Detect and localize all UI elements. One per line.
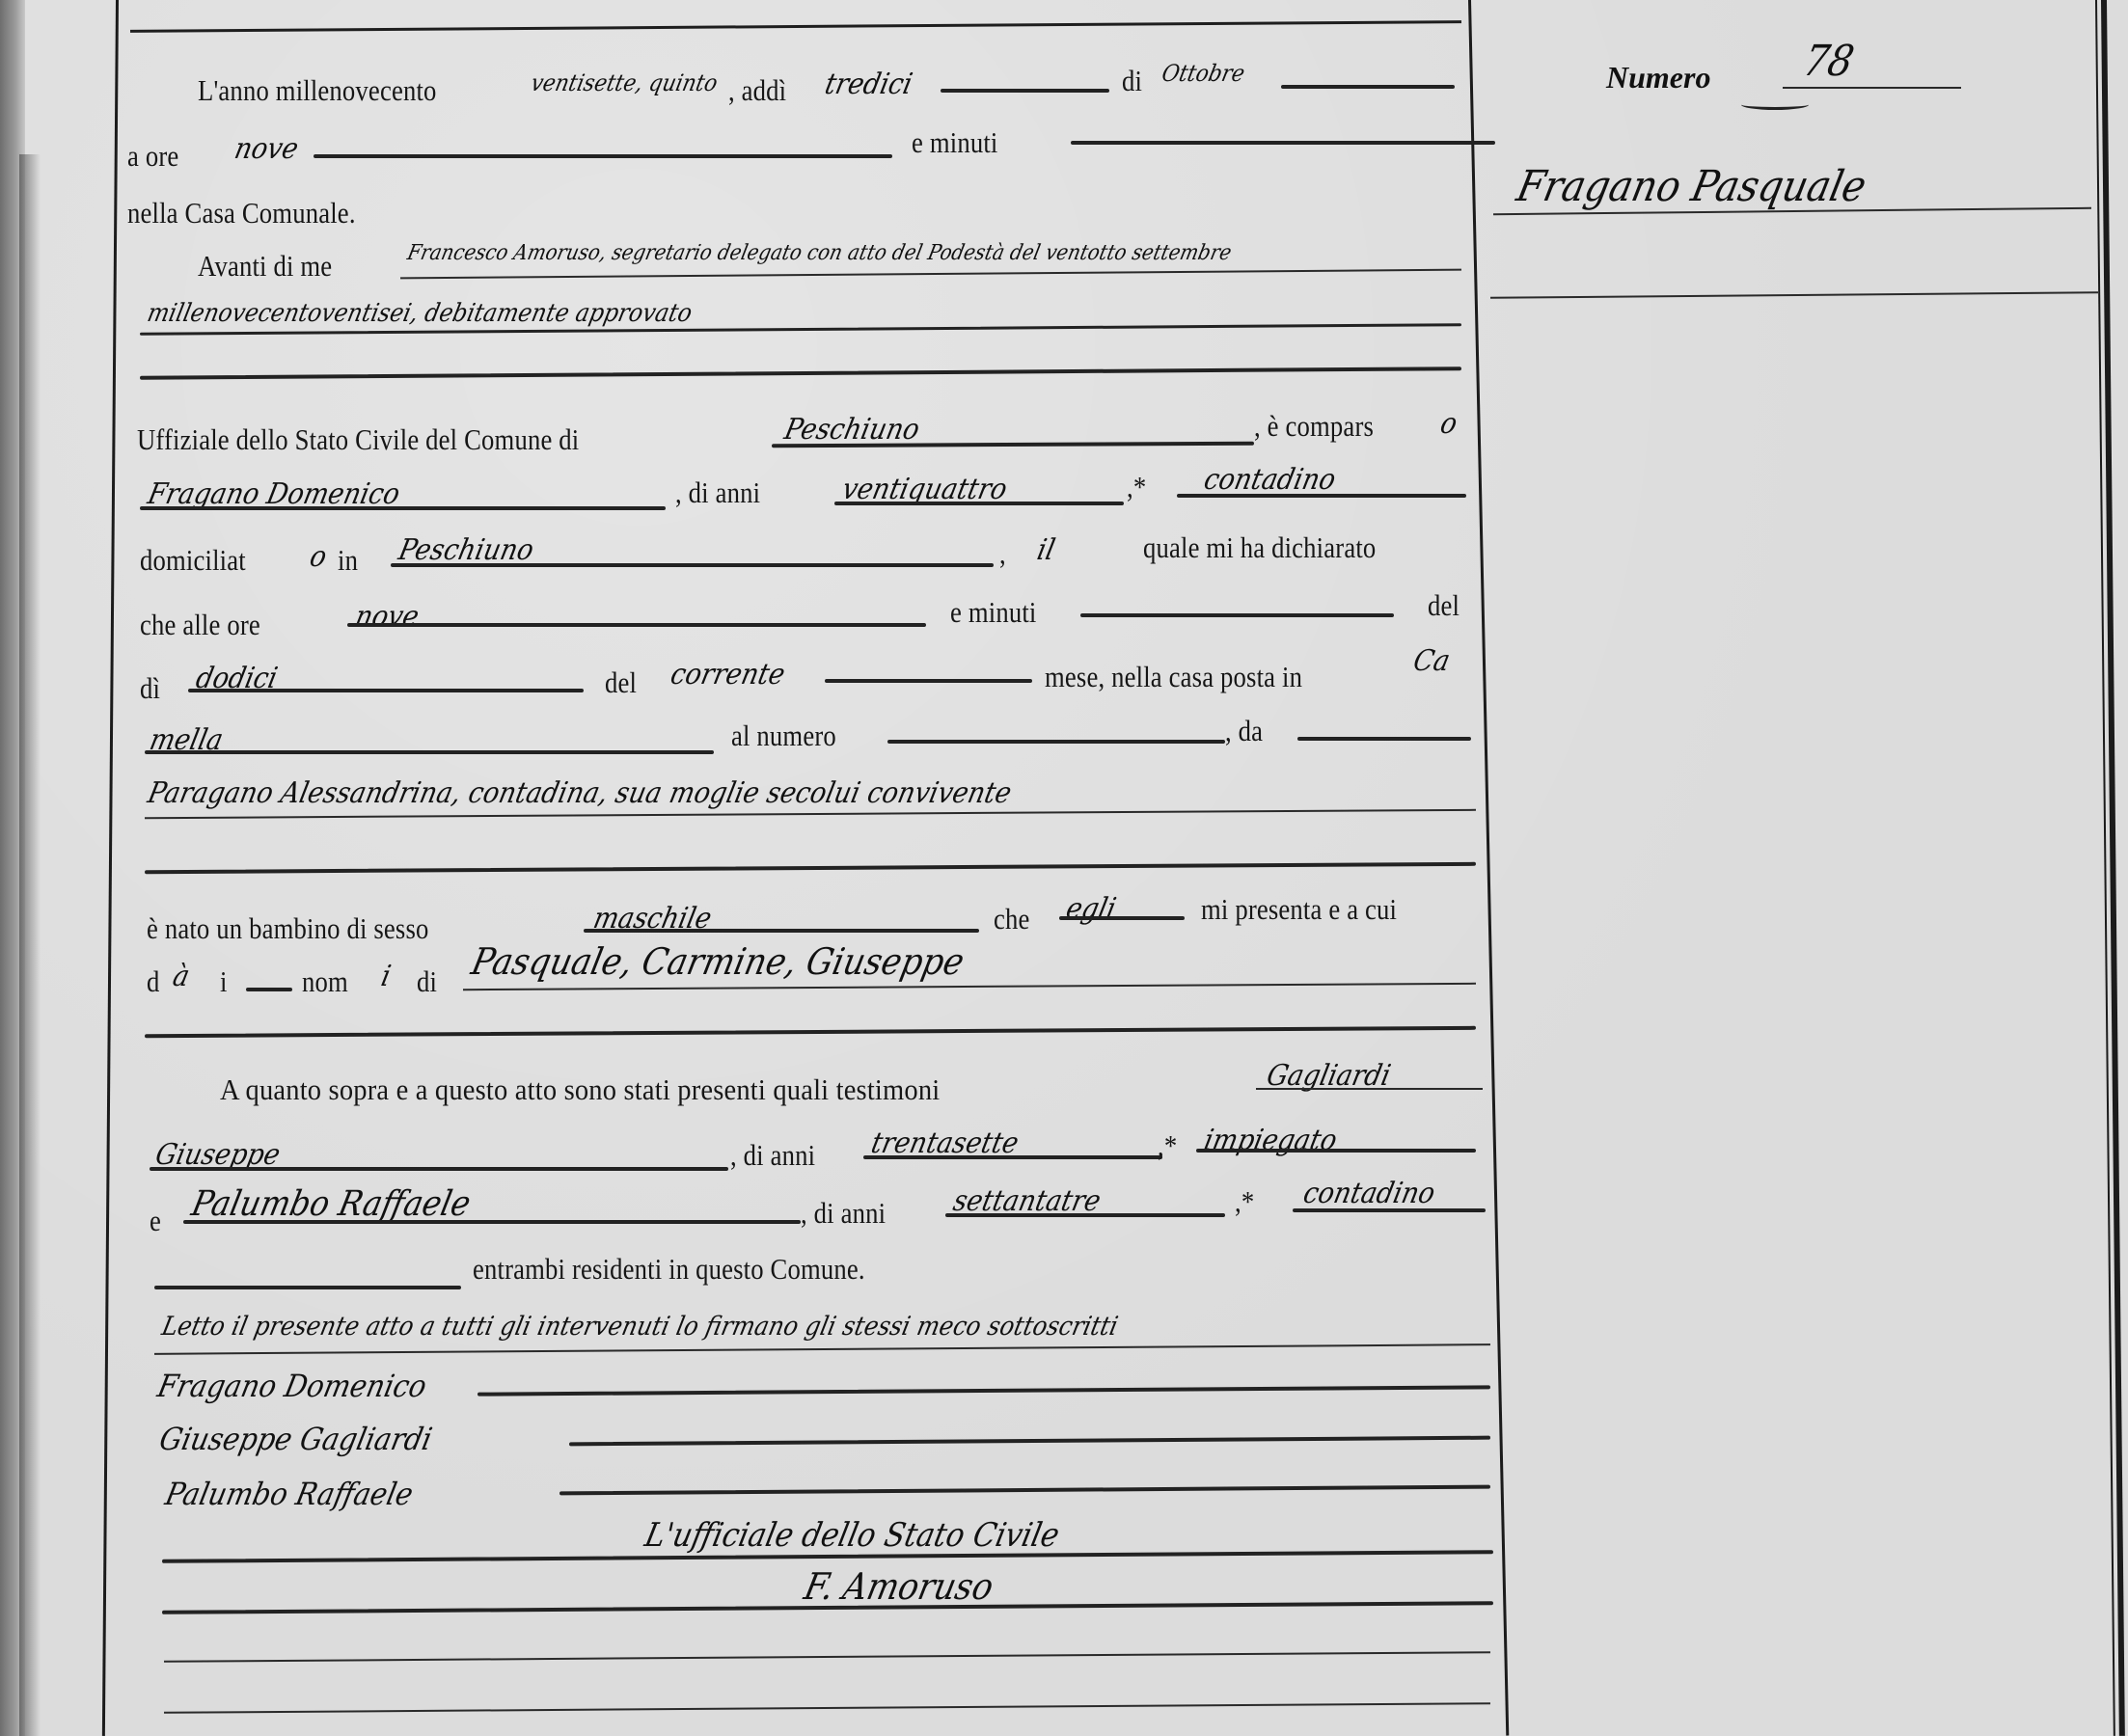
- rule-closing: [154, 1343, 1490, 1355]
- blank-job-2: [1196, 1149, 1476, 1153]
- text-e-nato: è nato un bambino di sesso: [147, 911, 429, 946]
- rule-bottom-1: [164, 1651, 1490, 1663]
- text-a-ore: a ore: [127, 139, 178, 174]
- text-e: e: [150, 1204, 161, 1238]
- signature-witness1: Giuseppe Gagliardi: [156, 1421, 435, 1457]
- field-officer-cont: millenovecentoventisei, debitamente appr…: [145, 299, 695, 328]
- text-asterisk-3: ,*: [1235, 1184, 1254, 1219]
- field-mother: Paragano Alessandrina, contadina, sua mo…: [145, 776, 1015, 810]
- field-residence: Peschiuno: [396, 533, 536, 567]
- blank-place: [145, 750, 714, 754]
- blank-residence: [391, 563, 994, 567]
- rule-child-names: [463, 983, 1476, 990]
- text-di-2: dì: [140, 671, 160, 706]
- column-divider: [1468, 0, 1509, 1736]
- blank-i: [246, 988, 292, 991]
- text-e-minuti-2: e minuti: [950, 595, 1036, 630]
- left-border: [102, 0, 119, 1736]
- blank-birth-day: [188, 689, 584, 692]
- text-che-alle-ore: che alle ore: [140, 608, 260, 642]
- blank-day: [941, 89, 1109, 93]
- text-domiciliat: domiciliat: [140, 543, 246, 578]
- text-al-numero: al numero: [731, 719, 836, 753]
- officer-title: L'ufficiale dello Stato Civile: [641, 1516, 1063, 1555]
- text-del: del: [1428, 588, 1460, 623]
- field-house-place: Ca: [1410, 644, 1453, 678]
- text-di: di: [1122, 64, 1142, 98]
- field-child-names: Pasquale, Carmine, Giuseppe: [468, 940, 968, 983]
- numero-value: 78: [1799, 37, 1858, 86]
- text-del-2: del: [605, 665, 637, 700]
- blank-age-3: [945, 1213, 1225, 1217]
- blank-residenti: [154, 1286, 461, 1289]
- rule-mother: [145, 809, 1476, 819]
- blank-witness1: [150, 1167, 728, 1171]
- field-year: ventisette, quinto: [529, 69, 720, 96]
- register-page: Numero 78 Fragano Pasquale L'anno millen…: [0, 0, 2128, 1736]
- blank-sex: [584, 929, 979, 933]
- field-birth-hour: nove: [352, 600, 422, 634]
- blank-birth-hour: [347, 623, 926, 627]
- blank-birth-minuti: [1080, 613, 1394, 617]
- field-witness2-job: contadino: [1300, 1177, 1438, 1210]
- text-mi-presenta: mi presenta e a cui: [1201, 892, 1397, 927]
- numero-flourish: [1741, 99, 1809, 110]
- blank-job-3: [1293, 1208, 1486, 1212]
- blank-da: [1297, 737, 1471, 741]
- margin-rule: [1490, 291, 2098, 298]
- blank-job-1: [1177, 494, 1466, 498]
- text-di-anni-2: , di anni: [730, 1138, 815, 1173]
- text-uffiziale: Uffiziale dello Stato Civile del Comune …: [137, 422, 579, 457]
- blank-egli: [1059, 916, 1185, 920]
- text-casa-comunale: nella Casa Comunale.: [127, 196, 356, 231]
- field-article: il: [1034, 533, 1058, 567]
- margin-name: Fragano Pasquale: [1513, 162, 1870, 211]
- blank-witness2: [183, 1220, 801, 1224]
- blank-age-1: [834, 502, 1124, 505]
- sig-line-3: [559, 1485, 1490, 1496]
- field-declarant-job: contadino: [1201, 463, 1339, 497]
- field-month: Ottobre: [1159, 60, 1247, 87]
- text-d: d: [147, 964, 160, 999]
- blank-mother-2: [145, 862, 1476, 874]
- text-comma: ,: [999, 536, 1006, 571]
- text-asterisk-2: ,*: [1158, 1128, 1177, 1163]
- officer-signature: F. Amoruso: [801, 1565, 997, 1608]
- field-egli: egli: [1063, 892, 1119, 926]
- field-da-accent: à: [170, 960, 193, 993]
- field-nomi-suffix: i: [378, 960, 394, 993]
- signature-declarant: Fragano Domenico: [154, 1368, 430, 1404]
- field-corrente: corrente: [668, 658, 788, 692]
- text-anno: L'anno millenovecento: [198, 73, 437, 108]
- numero-label: Numero: [1606, 60, 1710, 95]
- text-asterisk-1: ,*: [1127, 470, 1146, 504]
- field-domiciliat-suffix: o: [307, 540, 330, 574]
- blank-corrente: [825, 679, 1032, 683]
- top-rule: [130, 20, 1461, 33]
- blank-month: [1281, 85, 1455, 89]
- text-e-minuti: e minuti: [912, 125, 997, 160]
- text-avanti: Avanti di me: [198, 249, 332, 284]
- binding-shadow: [19, 154, 41, 1736]
- sig-line-2: [569, 1436, 1490, 1447]
- blank-numero: [887, 740, 1225, 744]
- text-mese: mese, nella casa posta in: [1045, 660, 1302, 694]
- text-di-anni-3: , di anni: [801, 1196, 886, 1231]
- text-testimoni: A quanto sopra e a questo atto sono stat…: [220, 1072, 940, 1107]
- field-comparso-suffix: o: [1437, 407, 1460, 441]
- field-witness2-name: Palumbo Raffaele: [188, 1184, 474, 1224]
- blank-minuti: [1071, 141, 1495, 145]
- text-da: , da: [1225, 714, 1263, 748]
- rule-officer: [400, 269, 1461, 280]
- field-officer: Francesco Amoruso, segretario delegato c…: [405, 241, 1234, 265]
- blank-age-2: [863, 1155, 1162, 1159]
- text-nom: nom: [302, 964, 348, 999]
- text-che: che: [994, 902, 1030, 936]
- rule-bottom-2: [164, 1702, 1490, 1714]
- text-di-anni-1: , di anni: [675, 475, 760, 510]
- numero-underline: [1783, 87, 1961, 89]
- blank-line5b: [140, 366, 1461, 380]
- text-residenti: entrambi residenti in questo Comune.: [473, 1252, 865, 1287]
- field-day: tredici: [822, 68, 915, 101]
- text-quale: quale mi ha dichiarato: [1143, 530, 1376, 565]
- blank-hour: [314, 154, 892, 158]
- field-comune: Peschiuno: [781, 413, 922, 447]
- text-comparso: , è compars: [1254, 409, 1374, 444]
- sig-line-1: [477, 1385, 1490, 1396]
- signature-witness2: Palumbo Raffaele: [162, 1476, 417, 1512]
- blank-declarant: [140, 506, 666, 510]
- text-in: in: [338, 543, 358, 578]
- blank-names-2: [145, 1026, 1476, 1038]
- text-i: i: [220, 964, 228, 999]
- field-closing-statement: Letto il presente atto a tutti gli inter…: [159, 1312, 1121, 1342]
- text-addi: , addì: [728, 73, 786, 108]
- field-hour: nove: [232, 132, 301, 166]
- text-di-3: di: [417, 964, 437, 999]
- rule-witness1: [1256, 1088, 1483, 1090]
